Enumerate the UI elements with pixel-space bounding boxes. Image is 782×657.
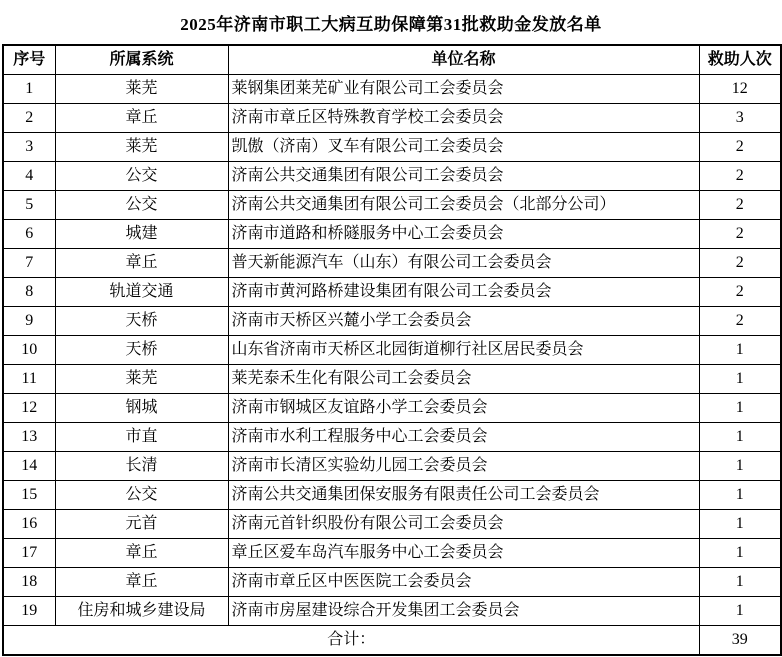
table-row: 17 章丘 章丘区爱车岛汽车服务中心工会委员会 1 [3,538,781,567]
row-unit-name: 山东省济南市天桥区北园街道柳行社区居民委员会 [228,335,699,364]
row-system: 章丘 [55,248,228,277]
table-row: 11 莱芜 莱芜泰禾生化有限公司工会委员会 1 [3,364,781,393]
page-title: 2025年济南市职工大病互助保障第31批救助金发放名单 [0,0,782,44]
table-row: 9 天桥 济南市天桥区兴麓小学工会委员会 2 [3,306,781,335]
row-serial-number: 15 [3,480,55,509]
row-aid-count: 1 [699,451,781,480]
total-row: 合计： 39 [3,625,781,655]
row-unit-name: 济南市钢城区友谊路小学工会委员会 [228,393,699,422]
table-header: 序号 所属系统 单位名称 救助人次 [3,45,781,74]
table-row: 1 莱芜 莱钢集团莱芜矿业有限公司工会委员会 12 [3,74,781,103]
row-aid-count: 1 [699,596,781,625]
row-unit-name: 凯傲（济南）叉车有限公司工会委员会 [228,132,699,161]
row-unit-name: 济南元首针织股份有限公司工会委员会 [228,509,699,538]
row-system: 公交 [55,480,228,509]
row-system: 莱芜 [55,74,228,103]
row-system: 天桥 [55,306,228,335]
row-aid-count: 3 [699,103,781,132]
header-system: 所属系统 [55,45,228,74]
row-aid-count: 1 [699,364,781,393]
row-serial-number: 5 [3,190,55,219]
row-serial-number: 14 [3,451,55,480]
row-unit-name: 济南市黄河路桥建设集团有限公司工会委员会 [228,277,699,306]
row-unit-name: 济南市水利工程服务中心工会委员会 [228,422,699,451]
row-serial-number: 16 [3,509,55,538]
row-aid-count: 1 [699,509,781,538]
row-serial-number: 1 [3,74,55,103]
row-unit-name: 济南市道路和桥隧服务中心工会委员会 [228,219,699,248]
row-system: 天桥 [55,335,228,364]
row-serial-number: 8 [3,277,55,306]
table-row: 13 市直 济南市水利工程服务中心工会委员会 1 [3,422,781,451]
row-system: 章丘 [55,103,228,132]
row-unit-name: 济南公共交通集团有限公司工会委员会 [228,161,699,190]
row-aid-count: 1 [699,422,781,451]
row-system: 元首 [55,509,228,538]
row-serial-number: 19 [3,596,55,625]
row-unit-name: 济南市房屋建设综合开发集团工会委员会 [228,596,699,625]
table-row: 2 章丘 济南市章丘区特殊教育学校工会委员会 3 [3,103,781,132]
row-unit-name: 济南市天桥区兴麓小学工会委员会 [228,306,699,335]
header-unit-name: 单位名称 [228,45,699,74]
table-row: 6 城建 济南市道路和桥隧服务中心工会委员会 2 [3,219,781,248]
total-label: 合计： [3,625,699,655]
row-serial-number: 7 [3,248,55,277]
roster-table: 序号 所属系统 单位名称 救助人次 1 莱芜 莱钢集团莱芜矿业有限公司工会委员会… [2,44,782,656]
row-aid-count: 2 [699,306,781,335]
row-serial-number: 2 [3,103,55,132]
row-aid-count: 2 [699,277,781,306]
table-row: 8 轨道交通 济南市黄河路桥建设集团有限公司工会委员会 2 [3,277,781,306]
row-system: 市直 [55,422,228,451]
row-system: 章丘 [55,567,228,596]
row-unit-name: 莱芜泰禾生化有限公司工会委员会 [228,364,699,393]
header-row: 序号 所属系统 单位名称 救助人次 [3,45,781,74]
row-aid-count: 1 [699,480,781,509]
row-aid-count: 2 [699,190,781,219]
row-aid-count: 2 [699,248,781,277]
table-body: 1 莱芜 莱钢集团莱芜矿业有限公司工会委员会 12 2 章丘 济南市章丘区特殊教… [3,74,781,625]
row-system: 长清 [55,451,228,480]
row-serial-number: 12 [3,393,55,422]
table-row: 5 公交 济南公共交通集团有限公司工会委员会（北部分公司） 2 [3,190,781,219]
row-aid-count: 12 [699,74,781,103]
row-system: 住房和城乡建设局 [55,596,228,625]
row-system: 莱芜 [55,132,228,161]
row-aid-count: 1 [699,567,781,596]
row-aid-count: 1 [699,335,781,364]
table-row: 14 长清 济南市长清区实验幼儿园工会委员会 1 [3,451,781,480]
table-row: 19 住房和城乡建设局 济南市房屋建设综合开发集团工会委员会 1 [3,596,781,625]
header-serial-number: 序号 [3,45,55,74]
table-row: 15 公交 济南公共交通集团保安服务有限责任公司工会委员会 1 [3,480,781,509]
table-row: 3 莱芜 凯傲（济南）叉车有限公司工会委员会 2 [3,132,781,161]
row-serial-number: 9 [3,306,55,335]
row-system: 公交 [55,190,228,219]
row-system: 莱芜 [55,364,228,393]
row-unit-name: 济南市长清区实验幼儿园工会委员会 [228,451,699,480]
row-serial-number: 17 [3,538,55,567]
row-serial-number: 6 [3,219,55,248]
row-unit-name: 普天新能源汽车（山东）有限公司工会委员会 [228,248,699,277]
row-aid-count: 2 [699,161,781,190]
row-system: 钢城 [55,393,228,422]
row-serial-number: 11 [3,364,55,393]
row-serial-number: 10 [3,335,55,364]
row-system: 城建 [55,219,228,248]
row-unit-name: 济南市章丘区特殊教育学校工会委员会 [228,103,699,132]
table-footer: 合计： 39 [3,625,781,655]
table-row: 12 钢城 济南市钢城区友谊路小学工会委员会 1 [3,393,781,422]
row-unit-name: 济南公共交通集团保安服务有限责任公司工会委员会 [228,480,699,509]
table-row: 10 天桥 山东省济南市天桥区北园街道柳行社区居民委员会 1 [3,335,781,364]
row-serial-number: 13 [3,422,55,451]
table-row: 16 元首 济南元首针织股份有限公司工会委员会 1 [3,509,781,538]
row-aid-count: 2 [699,132,781,161]
document-sheet: 2025年济南市职工大病互助保障第31批救助金发放名单 序号 所属系统 单位名称… [0,0,782,657]
table-row: 7 章丘 普天新能源汽车（山东）有限公司工会委员会 2 [3,248,781,277]
row-aid-count: 1 [699,393,781,422]
row-unit-name: 济南公共交通集团有限公司工会委员会（北部分公司） [228,190,699,219]
row-serial-number: 3 [3,132,55,161]
row-system: 章丘 [55,538,228,567]
row-unit-name: 章丘区爱车岛汽车服务中心工会委员会 [228,538,699,567]
row-aid-count: 1 [699,538,781,567]
row-unit-name: 济南市章丘区中医医院工会委员会 [228,567,699,596]
row-system: 轨道交通 [55,277,228,306]
total-value: 39 [699,625,781,655]
table-row: 4 公交 济南公共交通集团有限公司工会委员会 2 [3,161,781,190]
table-row: 18 章丘 济南市章丘区中医医院工会委员会 1 [3,567,781,596]
row-serial-number: 4 [3,161,55,190]
row-aid-count: 2 [699,219,781,248]
row-serial-number: 18 [3,567,55,596]
row-unit-name: 莱钢集团莱芜矿业有限公司工会委员会 [228,74,699,103]
header-aid-count: 救助人次 [699,45,781,74]
row-system: 公交 [55,161,228,190]
